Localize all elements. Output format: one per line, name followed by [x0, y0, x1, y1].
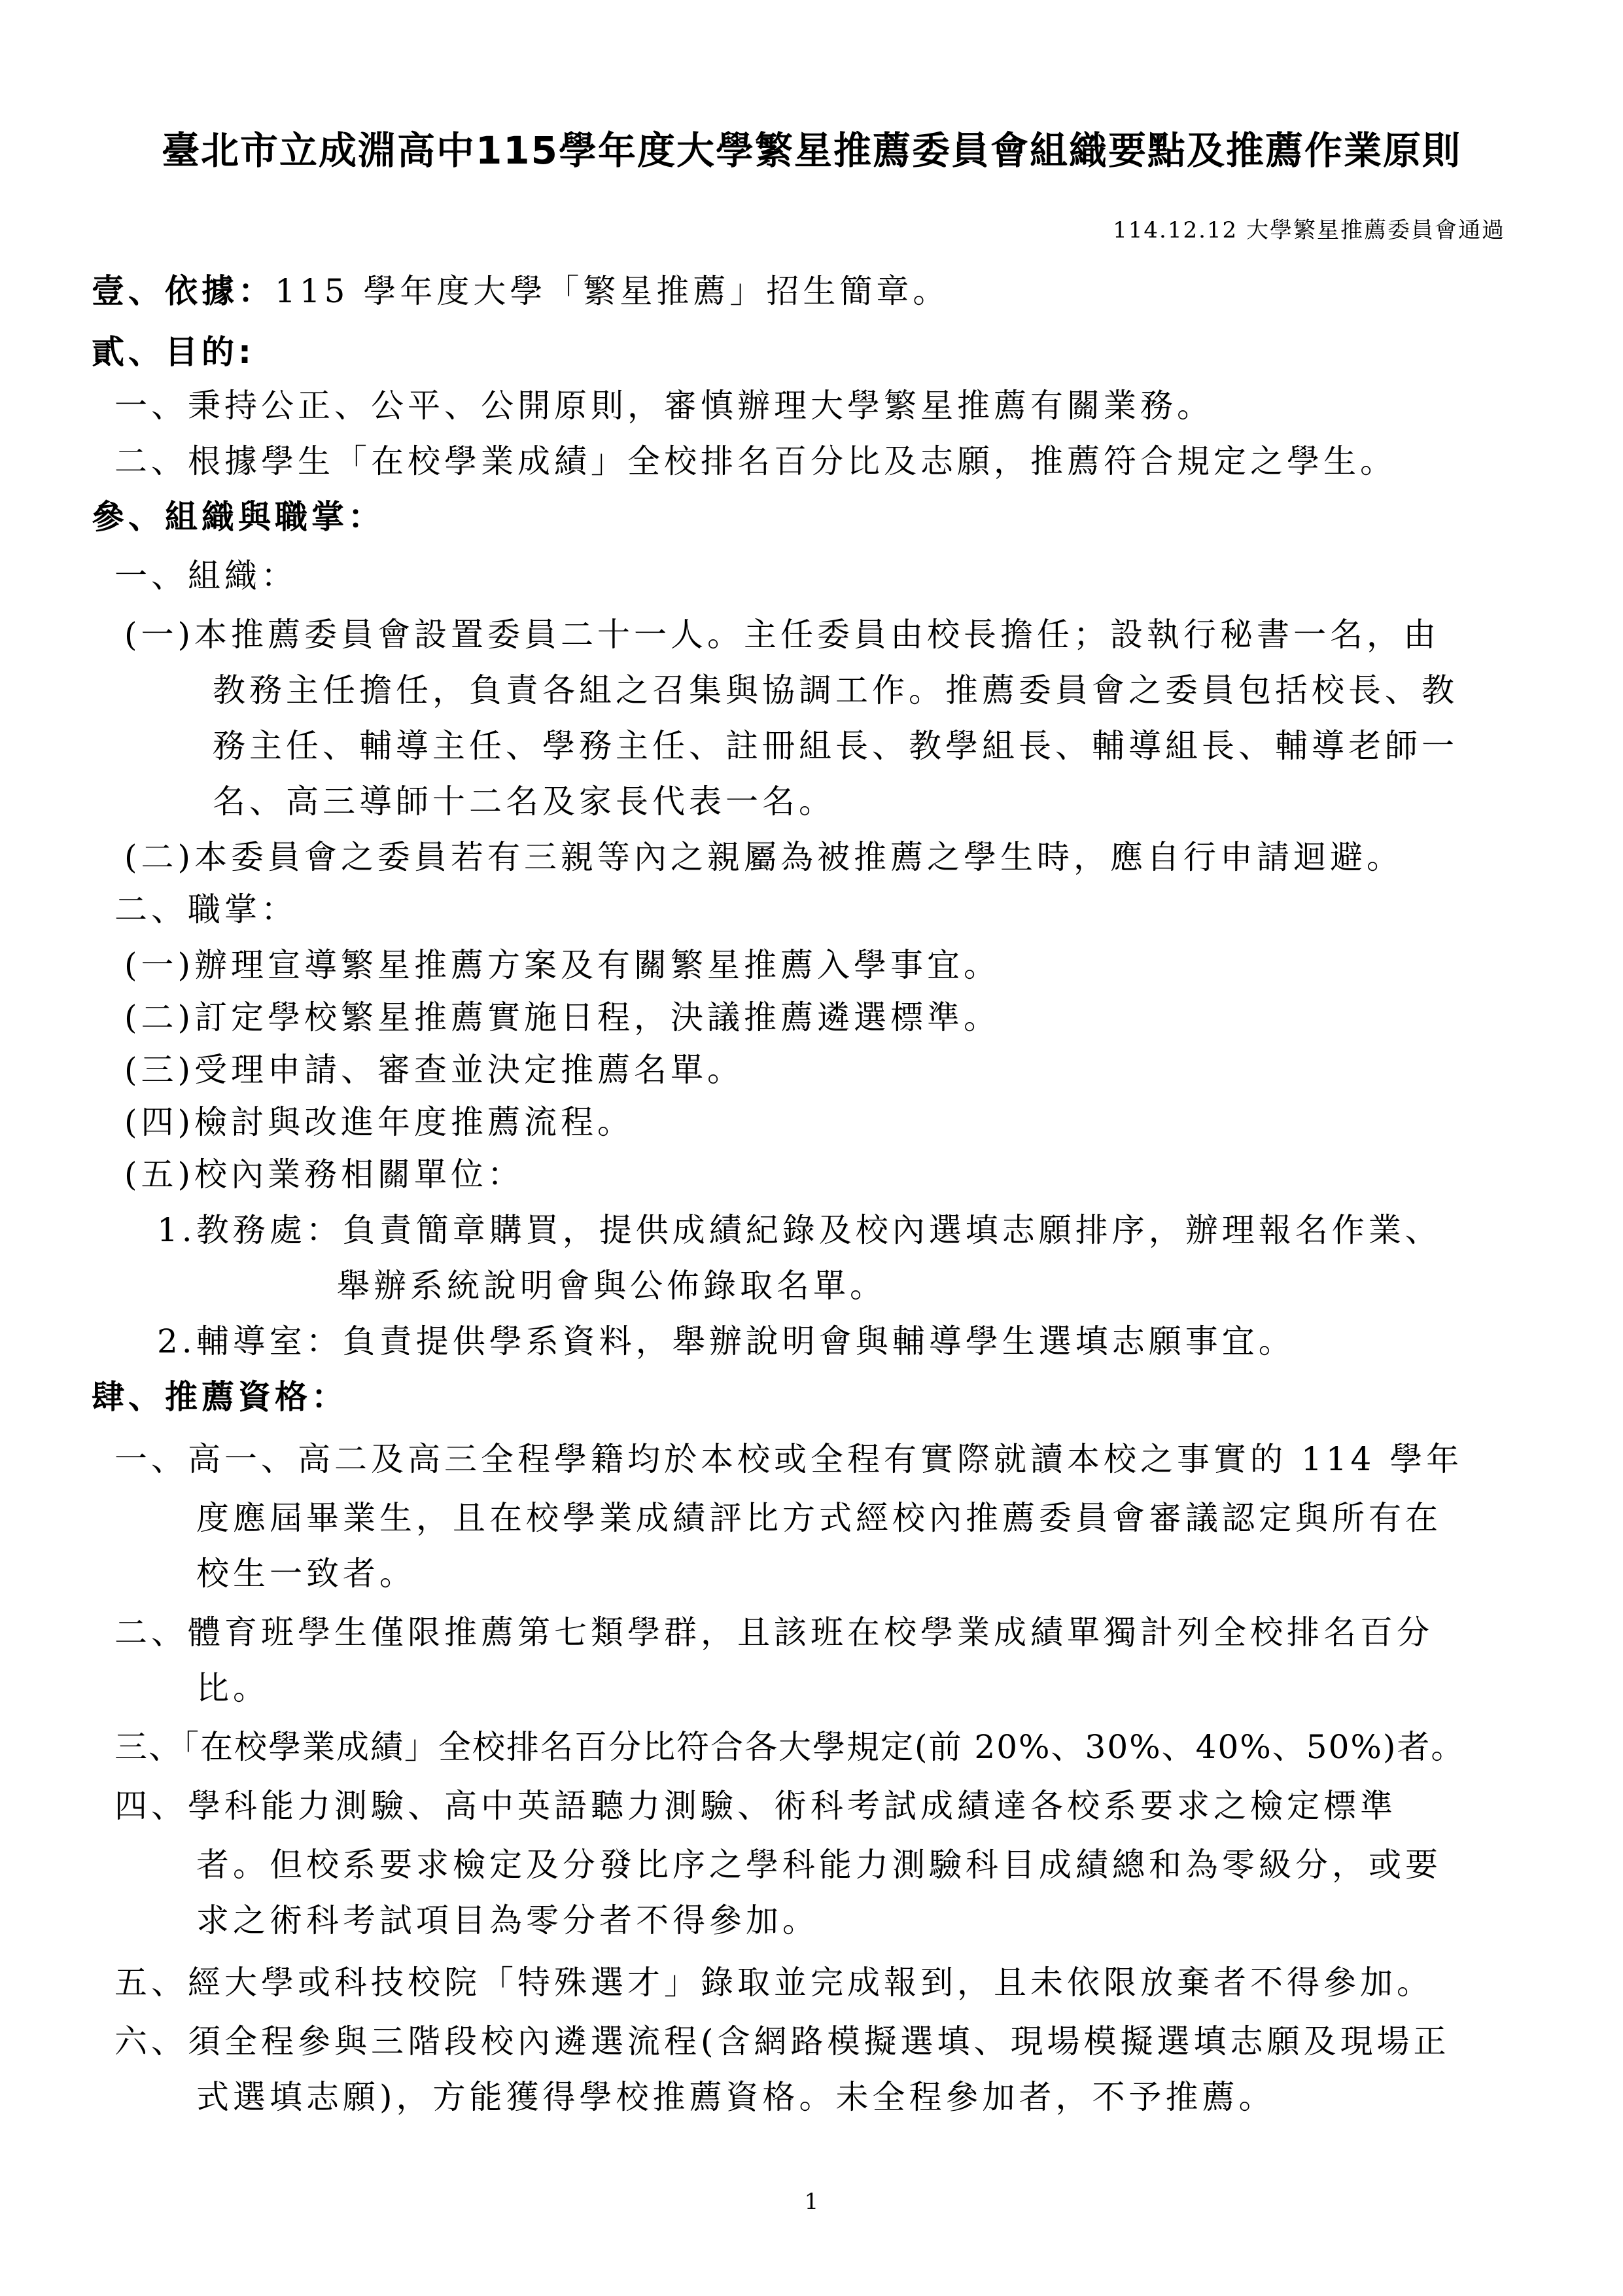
organization-subtitle: 一、組織： — [114, 556, 298, 595]
organization-item-cont: 教務主任擔任，負責各組之召集與協調工作。推薦委員會之委員包括校長、教 — [213, 671, 1458, 710]
duty-subtitle: 二、職掌： — [114, 890, 298, 929]
document-page: 臺北市立成淵高中115學年度大學繁星推薦委員會組織要點及推薦作業原則 114.1… — [0, 0, 1623, 2296]
duty-item: (四)檢討與改進年度推薦流程。 — [124, 1103, 634, 1142]
organization-item: (二)本委員會之委員若有三親等內之親屬為被推薦之學生時，應自行申請迴避。 — [124, 838, 1403, 877]
organization-item-cont: 名、高三導師十二名及家長代表一名。 — [213, 782, 835, 821]
duty-item: (一)辦理宣導繁星推薦方案及有關繁星推薦入學事宜。 — [124, 945, 1000, 985]
section-heading-basis: 壹、依據： — [92, 272, 275, 310]
eligibility-item-cont: 求之術科考試項目為零分者不得參加。 — [196, 1901, 819, 1940]
eligibility-item-cont: 度應屆畢業生，且在校學業成績評比方式經校內推薦委員會審議認定與所有在 — [196, 1498, 1442, 1538]
eligibility-item: 四、學科能力測驗、高中英語聽力測驗、術科考試成績達各校系要求之檢定標準 — [114, 1786, 1397, 1826]
eligibility-item-cont: 者。但校系要求檢定及分發比序之學科能力測驗科目成績總和為零級分，或要 — [196, 1845, 1442, 1884]
eligibility-item-cont: 式選填志願)，方能獲得學校推薦資格。未全程參加者，不予推薦。 — [196, 2077, 1276, 2117]
eligibility-item: 一、高一、高二及高三全程學籍均於本校或全程有實際就讀本校之事實的 114 學年 — [114, 1439, 1463, 1479]
organization-item: (一)本推薦委員會設置委員二十一人。主任委員由校長擔任；設執行秘書一名，由 — [124, 615, 1440, 654]
organization-item-cont: 務主任、輔導主任、學務主任、註冊組長、教學組長、輔導組長、輔導老師一 — [213, 726, 1458, 766]
duty-item: (五)校內業務相關單位： — [124, 1155, 524, 1194]
section-heading-organization: 參、組織與職掌： — [92, 497, 385, 537]
eligibility-item: 五、經大學或科技校院「特殊選才」錄取並完成報到，且未依限放棄者不得參加。 — [114, 1963, 1433, 2002]
section-basis-text: 115 學年度大學「繁星推薦」招生簡章。 — [275, 272, 949, 310]
duty-item: (三)受理申請、審查並決定推薦名單。 — [124, 1050, 744, 1089]
section-basis: 壹、依據：115 學年度大學「繁星推薦」招生簡章。 — [92, 272, 949, 311]
section-heading-eligibility: 肆、推薦資格： — [92, 1377, 348, 1417]
eligibility-item: 三、「在校學業成績」全校排名百分比符合各大學規定(前 20%、30%、40%、5… — [114, 1727, 1465, 1767]
eligibility-item-cont: 校生一致者。 — [196, 1554, 416, 1593]
eligibility-item: 二、體育班學生僅限推薦第七類學群，且該班在校學業成績單獨計列全校排名百分 — [114, 1613, 1433, 1652]
document-title: 臺北市立成淵高中115學年度大學繁星推薦委員會組織要點及推薦作業原則 — [0, 128, 1623, 173]
unit-item: 1.教務處：負責簡章購買，提供成績紀錄及校內選填志願排序，辦理報名作業、 — [157, 1210, 1442, 1250]
eligibility-item: 六、須全程參與三階段校內遴選流程(含網路模擬選填、現場模擬選填志願及現場正 — [114, 2022, 1450, 2061]
section-heading-purpose: 貳、目的: — [92, 332, 255, 372]
page-number: 1 — [0, 2189, 1623, 2215]
purpose-item: 一、秉持公正、公平、公開原則，審慎辦理大學繁星推薦有關業務。 — [114, 386, 1213, 425]
purpose-item: 二、根據學生「在校學業成績」全校排名百分比及志願，推薦符合規定之學生。 — [114, 442, 1397, 481]
unit-item-cont: 舉辦系統說明會與公佈錄取名單。 — [337, 1266, 886, 1305]
eligibility-item-cont: 比。 — [196, 1669, 270, 1708]
duty-item: (二)訂定學校繁星推薦實施日程，決議推薦遴選標準。 — [124, 998, 1000, 1037]
approval-note: 114.12.12 大學繁星推薦委員會通過 — [1113, 216, 1505, 245]
unit-item: 2.輔導室：負責提供學系資料，舉辦說明會與輔導學生選填志願事宜。 — [157, 1322, 1295, 1361]
